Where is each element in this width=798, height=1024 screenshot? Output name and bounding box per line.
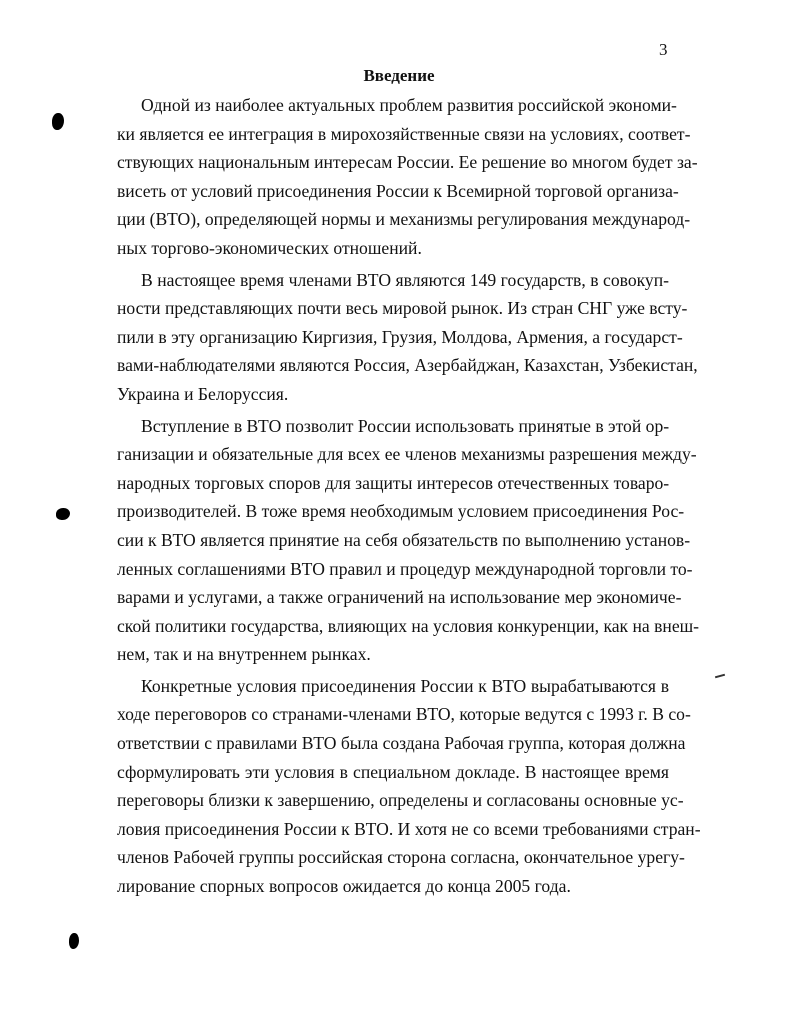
text-line: вами-наблюдателями являются Россия, Азер… (117, 351, 669, 380)
text-line: народных торговых споров для защиты инте… (117, 469, 669, 498)
paragraph: В настоящее время членами ВТО являются 1… (117, 266, 669, 409)
text-line: Конкретные условия присоединения России … (117, 672, 669, 701)
scan-blot-mark (69, 933, 79, 949)
document-body: Одной из наиболее актуальных проблем раз… (117, 91, 669, 904)
text-line: Одной из наиболее актуальных проблем раз… (117, 91, 669, 120)
text-line: сформулировать эти условия в специальном… (117, 758, 669, 787)
text-line: сии к ВТО является принятие на себя обяз… (117, 526, 669, 555)
scan-speck (715, 674, 725, 679)
scan-blot-mark (52, 113, 64, 130)
text-line: членов Рабочей группы российская сторона… (117, 843, 669, 872)
page-number: 3 (659, 40, 668, 60)
text-line: ствующих национальным интересам России. … (117, 148, 669, 177)
text-line: ловия присоединения России к ВТО. И хотя… (117, 815, 669, 844)
paragraph: Конкретные условия присоединения России … (117, 672, 669, 901)
text-line: висеть от условий присоединения России к… (117, 177, 669, 206)
text-line: лирование спорных вопросов ожидается до … (117, 872, 669, 901)
text-line: Вступление в ВТО позволит России использ… (117, 412, 669, 441)
text-line: ности представляющих почти весь мировой … (117, 294, 669, 323)
text-line: Украина и Белоруссия. (117, 380, 669, 409)
text-line: переговоры близки к завершению, определе… (117, 786, 669, 815)
text-line: ской политики государства, влияющих на у… (117, 612, 669, 641)
text-line: ответствии с правилами ВТО была создана … (117, 729, 669, 758)
text-line: ганизации и обязательные для всех ее чле… (117, 440, 669, 469)
text-line: ки является ее интеграция в мирохозяйств… (117, 120, 669, 149)
text-line: ных торгово-экономических отношений. (117, 234, 669, 263)
text-line: ходе переговоров со странами-членами ВТО… (117, 700, 669, 729)
text-line: нем, так и на внутреннем рынках. (117, 640, 669, 669)
paragraph: Одной из наиболее актуальных проблем раз… (117, 91, 669, 263)
text-line: В настоящее время членами ВТО являются 1… (117, 266, 669, 295)
page-title: Введение (0, 66, 798, 86)
text-line: варами и услугами, а также ограничений н… (117, 583, 669, 612)
scan-blot-mark (56, 508, 70, 520)
text-line: ции (ВТО), определяющей нормы и механизм… (117, 205, 669, 234)
text-line: производителей. В тоже время необходимым… (117, 497, 669, 526)
text-line: пили в эту организацию Киргизия, Грузия,… (117, 323, 669, 352)
text-line: ленных соглашениями ВТО правил и процеду… (117, 555, 669, 584)
paragraph: Вступление в ВТО позволит России использ… (117, 412, 669, 669)
